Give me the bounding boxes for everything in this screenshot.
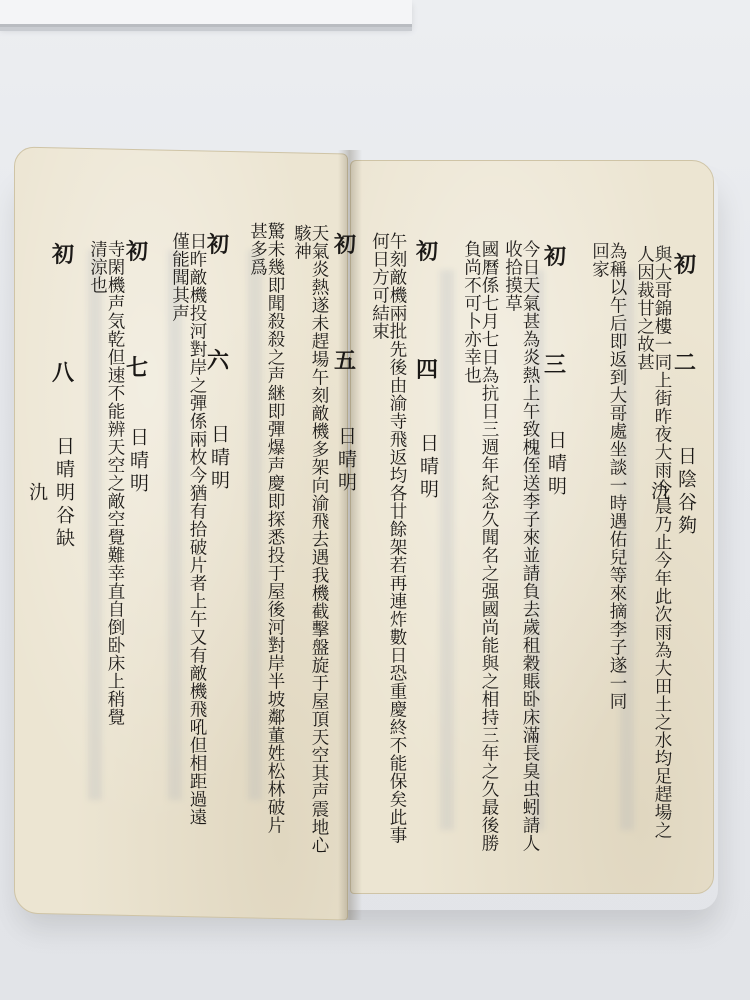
weather-note: 日晴明 bbox=[330, 426, 360, 495]
day-prefix: 初 bbox=[412, 235, 442, 266]
entry-day-8-header: 初 八 日晴明谷缺氿 bbox=[48, 238, 78, 558]
entry-day-3-header: 初 三 日晴明 bbox=[540, 240, 570, 540]
entry-day-2-header: 初 二 日陰谷夠氿 bbox=[670, 248, 700, 548]
entry-text-continued: 寺閑機声気乾但速不能辨天空之敵空覺難幸直自倒卧床上稍覺清涼也 bbox=[88, 240, 123, 730]
day-number: 八 bbox=[48, 356, 78, 387]
entry-text: 午刻敵機兩批先後由渝寺飛返均各廿餘架若再連炸數日恐重慶終不能保矣此事何日方可結束 bbox=[370, 232, 405, 852]
day-prefix: 初 bbox=[203, 228, 233, 259]
entry-text: 日昨敵機投河對岸之彈係兩枚今猶有拾破片者上午又有敵機飛吼但相距過遠僅能聞其声 bbox=[170, 232, 205, 842]
entry-day-5-header: 初 五 日晴明 bbox=[330, 228, 360, 528]
day-number: 四 bbox=[412, 353, 442, 384]
weather-note: 日晴明 bbox=[540, 430, 570, 499]
entry-day-7-header: 初 七 日晴明 bbox=[122, 235, 152, 535]
entry-day-4-header: 初 四 日晴明 bbox=[412, 235, 442, 535]
day-number: 三 bbox=[540, 348, 570, 379]
weather-note: 日陰谷夠氿 bbox=[670, 436, 700, 548]
entry-text-continued: 為稱以午后即返到大哥處坐談一時遇佑兒等來摘李子遂一同回家 bbox=[590, 242, 625, 712]
day-prefix: 初 bbox=[122, 235, 152, 266]
day-number: 五 bbox=[330, 344, 360, 375]
weather-note: 日晴明 bbox=[203, 424, 233, 493]
entry-day-6-header: 初 六 日晴明 bbox=[203, 228, 233, 528]
entry-text-continued: 國曆係七月七日為抗日三週年紀念久聞名之强國尚能與之相持三年之久最後勝負尚不可卜亦… bbox=[462, 240, 497, 860]
day-prefix: 初 bbox=[330, 228, 360, 259]
day-prefix: 初 bbox=[670, 248, 700, 279]
entry-text: 天氣炎熱遂未趕場午刻敵機多架向渝飛去遇我機截擊盤旋于屋頂天空其声震地心駭神 bbox=[292, 224, 327, 854]
day-prefix: 初 bbox=[48, 238, 78, 269]
entry-text-continued: 驚未幾即聞殺殺之声継即彈爆声慶即探悉投于屋後河對岸半坡鄰董姓松林破片甚多爲 bbox=[248, 222, 283, 842]
entry-text: 與大哥錦樓一同上街昨夜大雨今晨乃止今年此次雨為大田土之水均足趕場之人因裁甘之故甚 bbox=[635, 245, 670, 845]
weather-note: 日晴明 bbox=[122, 427, 152, 496]
day-number: 七 bbox=[122, 351, 152, 382]
day-number: 六 bbox=[203, 344, 233, 375]
ink-bleed bbox=[440, 270, 454, 830]
weather-note: 日晴明谷缺氿 bbox=[48, 428, 78, 558]
day-prefix: 初 bbox=[540, 240, 570, 271]
paper-stack bbox=[0, 0, 412, 27]
weather-note: 日晴明 bbox=[412, 433, 442, 502]
entry-text: 今日天氣甚為炎熱上午致槐侄送李子來並請負去歲租穀賬卧床滿長臭虫蚓請人收拾摸草 bbox=[503, 240, 538, 860]
day-number: 二 bbox=[670, 346, 700, 377]
